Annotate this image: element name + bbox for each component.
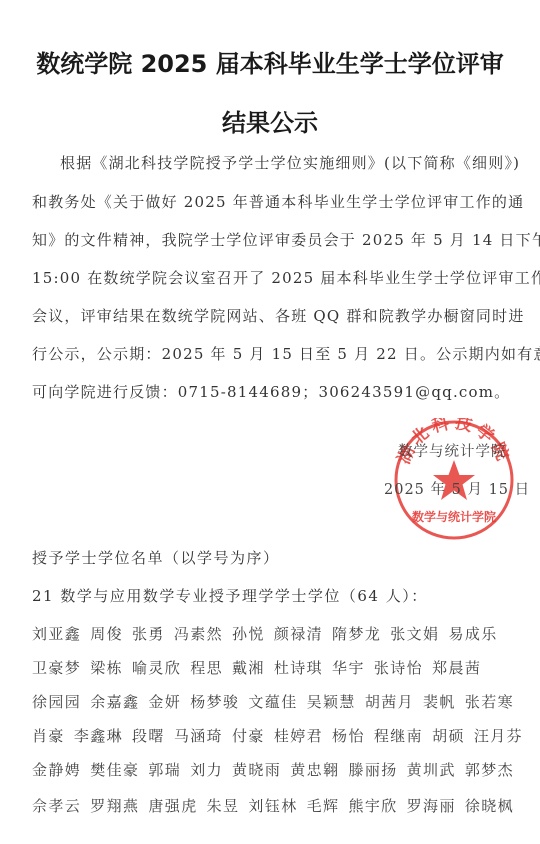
- student-name: 黄圳武: [407, 759, 456, 780]
- student-name: 段曙: [132, 725, 165, 746]
- student-name: 罗翔燕: [90, 795, 139, 816]
- student-name: 郑晨茜: [432, 657, 481, 678]
- student-name: 吴颖慧: [307, 691, 356, 712]
- student-name: 付豪: [232, 725, 265, 746]
- student-name: 樊佳豪: [90, 759, 139, 780]
- student-name: 张诗怡: [374, 657, 423, 678]
- student-name: 裴帆: [423, 691, 456, 712]
- student-name: 刘钰林: [248, 795, 297, 816]
- student-name: 杨梦骏: [190, 691, 239, 712]
- student-name: 华宇: [332, 657, 365, 678]
- student-name: 卫豪梦: [32, 657, 81, 678]
- student-name: 刘亚鑫: [32, 623, 81, 644]
- student-name: 张若寒: [465, 691, 514, 712]
- student-name: 戴湘: [232, 657, 265, 678]
- student-name: 桂婷君: [274, 725, 323, 746]
- student-name: 程继南: [374, 725, 423, 746]
- signature-org: 数学与统计学院: [398, 440, 507, 461]
- student-name: 金静娉: [32, 759, 81, 780]
- body-line-6: 行公示，公示期：2025 年 5 月 15 日至 5 月 22 日。公示期内如有…: [32, 343, 512, 364]
- student-name: 周俊: [90, 623, 123, 644]
- body-line-4: 15:00 在数统学院会议室召开了 2025 届本科毕业生学士学位评审工作: [32, 267, 512, 288]
- student-name: 余嘉鑫: [90, 691, 139, 712]
- signature-date: 2025 年 5 月 15 日: [384, 478, 530, 499]
- body-line-3: 知》的文件精神，我院学士学位评审委员会于 2025 年 5 月 14 日下午: [32, 229, 512, 250]
- body-line-7: 可向学院进行反馈：0715-8144689；306243591@qq.com。: [32, 381, 512, 402]
- student-name: 文蕴佳: [248, 691, 297, 712]
- student-name: 滕丽扬: [348, 759, 397, 780]
- student-name: 胡硕: [432, 725, 465, 746]
- names-row-1: 刘亚鑫周俊张勇冯素然孙悦颜禄清隋梦龙张文娟易成乐: [32, 623, 522, 644]
- body-line-1: 根据《湖北科技学院授予学士学位实施细则》(以下简称《细则》): [60, 152, 540, 173]
- student-name: 隋梦龙: [332, 623, 381, 644]
- names-row-3: 徐园园余嘉鑫金妍杨梦骏文蕴佳吴颖慧胡茜月裴帆张若寒: [32, 691, 522, 712]
- names-row-2: 卫豪梦梁栋喻灵欣程思戴湘杜诗琪华宇张诗怡郑晨茜: [32, 657, 522, 678]
- student-name: 郭瑞: [148, 759, 181, 780]
- student-name: 梁栋: [90, 657, 123, 678]
- names-row-6: 佘孝云罗翔燕唐强虎朱昱刘钰林毛辉熊宇欣罗海丽徐晓枫: [32, 795, 522, 816]
- student-name: 郭梦杰: [465, 759, 514, 780]
- seal-inner-text: 数学与统计学院: [412, 509, 497, 524]
- student-name: 张勇: [132, 623, 165, 644]
- student-name: 徐园园: [32, 691, 81, 712]
- student-name: 黄忠翱: [290, 759, 339, 780]
- student-name: 肖豪: [32, 725, 65, 746]
- student-name: 胡茜月: [365, 691, 414, 712]
- document-title-line2: 结果公示: [0, 103, 540, 138]
- student-name: 唐强虎: [148, 795, 197, 816]
- names-row-4: 肖豪李鑫琳段曙马涵琦付豪桂婷君杨怡程继南胡硕汪月芬: [32, 725, 522, 746]
- degree-list-heading: 授予学士学位名单（以学号为序）: [32, 547, 280, 568]
- student-name: 颜禄清: [274, 623, 323, 644]
- student-name: 罗海丽: [407, 795, 456, 816]
- student-name: 李鑫琳: [74, 725, 123, 746]
- student-name: 毛辉: [307, 795, 340, 816]
- names-row-5: 金静娉樊佳豪郭瑞刘力黄晓雨黄忠翱滕丽扬黄圳武郭梦杰: [32, 759, 522, 780]
- student-name: 熊宇欣: [348, 795, 397, 816]
- student-name: 程思: [190, 657, 223, 678]
- student-name: 佘孝云: [32, 795, 81, 816]
- student-name: 张文娟: [390, 623, 439, 644]
- student-name: 马涵琦: [174, 725, 223, 746]
- student-name: 汪月芬: [474, 725, 523, 746]
- student-name: 喻灵欣: [132, 657, 181, 678]
- student-name: 徐晓枫: [465, 795, 514, 816]
- document-title-line1: 数统学院 2025 届本科毕业生学士学位评审: [0, 44, 540, 79]
- student-name: 杨怡: [332, 725, 365, 746]
- student-name: 刘力: [190, 759, 223, 780]
- major-heading: 21 数学与应用数学专业授予理学学士学位（64 人）：: [32, 585, 428, 606]
- student-name: 孙悦: [232, 623, 265, 644]
- student-name: 朱昱: [207, 795, 240, 816]
- student-name: 杜诗琪: [274, 657, 323, 678]
- body-line-5: 会议，评审结果在数统学院网站、各班 QQ 群和院教学办橱窗同时进: [32, 305, 512, 326]
- student-name: 黄晓雨: [232, 759, 281, 780]
- body-line-2: 和教务处《关于做好 2025 年普通本科毕业生学士学位评审工作的通: [32, 191, 512, 212]
- student-name: 易成乐: [448, 623, 497, 644]
- student-name: 金妍: [148, 691, 181, 712]
- student-name: 冯素然: [174, 623, 223, 644]
